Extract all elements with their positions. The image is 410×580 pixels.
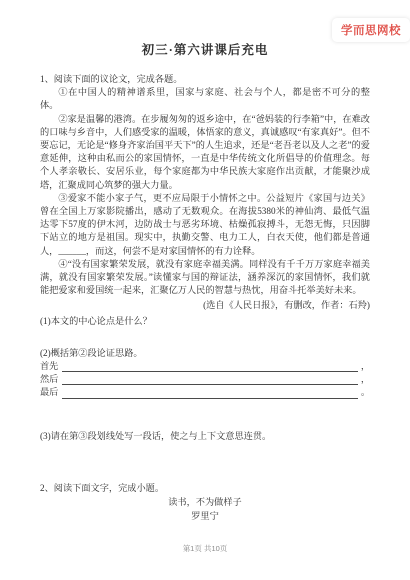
blank-punct-then: ， <box>361 373 370 386</box>
essay-author: 罗里宁 <box>40 510 370 523</box>
blank-label-then: 然后 <box>40 373 58 386</box>
question-3: (3)请在第③段划线处写一段话，使之与上下文意思连贯。 <box>40 430 370 443</box>
section2-instruction: 2、阅读下面文字，完成小题。 <box>40 482 370 495</box>
blank-label-last: 最后 <box>40 386 58 399</box>
section-1: 1、阅读下面的议论文，完成各题。 ①在中国人的精神谱系里，国家与家庭、社会与个人… <box>40 73 370 523</box>
source-attribution: (选自《人民日报》，有删改，作者：石羚) <box>40 299 370 312</box>
question-2-block: (2)概括第②段论证思路。 首先 ， 然后 ， 最后 。 <box>40 347 370 400</box>
blank-label-first: 首先 <box>40 360 58 373</box>
blank-punct-first: ， <box>361 360 370 373</box>
question-1: (1)本文的中心论点是什么？ <box>40 315 370 328</box>
page-number: 第1页 共10页 <box>0 543 410 554</box>
essay-title: 读书，不为做样子 <box>40 496 370 509</box>
article-paragraph-2: ②家是温馨的港湾。在步履匆匆的返乡途中，在“爸妈装的行李箱”中，在难改的口味与乡… <box>40 113 370 192</box>
answer-blank-row-then: 然后 ， <box>40 373 370 386</box>
article-paragraph-4: ④“没有国家繁荣发展，就没有家庭幸福美满。同样没有千千万万家庭幸福美满，就没有国… <box>40 258 370 298</box>
answer-blank-row-last: 最后 。 <box>40 386 370 399</box>
page-title: 初三·第六讲课后充电 <box>40 40 370 58</box>
blank-punct-last: 。 <box>361 386 370 399</box>
answer-blank-line[interactable] <box>62 388 357 399</box>
question-2: (2)概括第②段论证思路。 <box>40 347 370 360</box>
article-paragraph-3: ③爱家不能小家子气，更不应局限于小情怀之中。公益短片《家国与边关》曾在全国上万家… <box>40 192 370 258</box>
answer-blank-row-first: 首先 ， <box>40 360 370 373</box>
section-2: 2、阅读下面文字，完成小题。 读书，不为做样子 罗里宁 <box>40 482 370 524</box>
answer-blank-line[interactable] <box>62 361 357 372</box>
section1-instruction: 1、阅读下面的议论文，完成各题。 <box>40 73 370 86</box>
worksheet-page: 学而思网校 初三·第六讲课后充电 1、阅读下面的议论文，完成各题。 ①在中国人的… <box>0 0 410 580</box>
answer-blank-line[interactable] <box>62 374 357 385</box>
document-content: 初三·第六讲课后充电 1、阅读下面的议论文，完成各题。 ①在中国人的精神谱系里，… <box>40 0 370 523</box>
article-paragraph-1: ①在中国人的精神谱系里，国家与家庭、社会与个人，都是密不可分的整体。 <box>40 86 370 112</box>
